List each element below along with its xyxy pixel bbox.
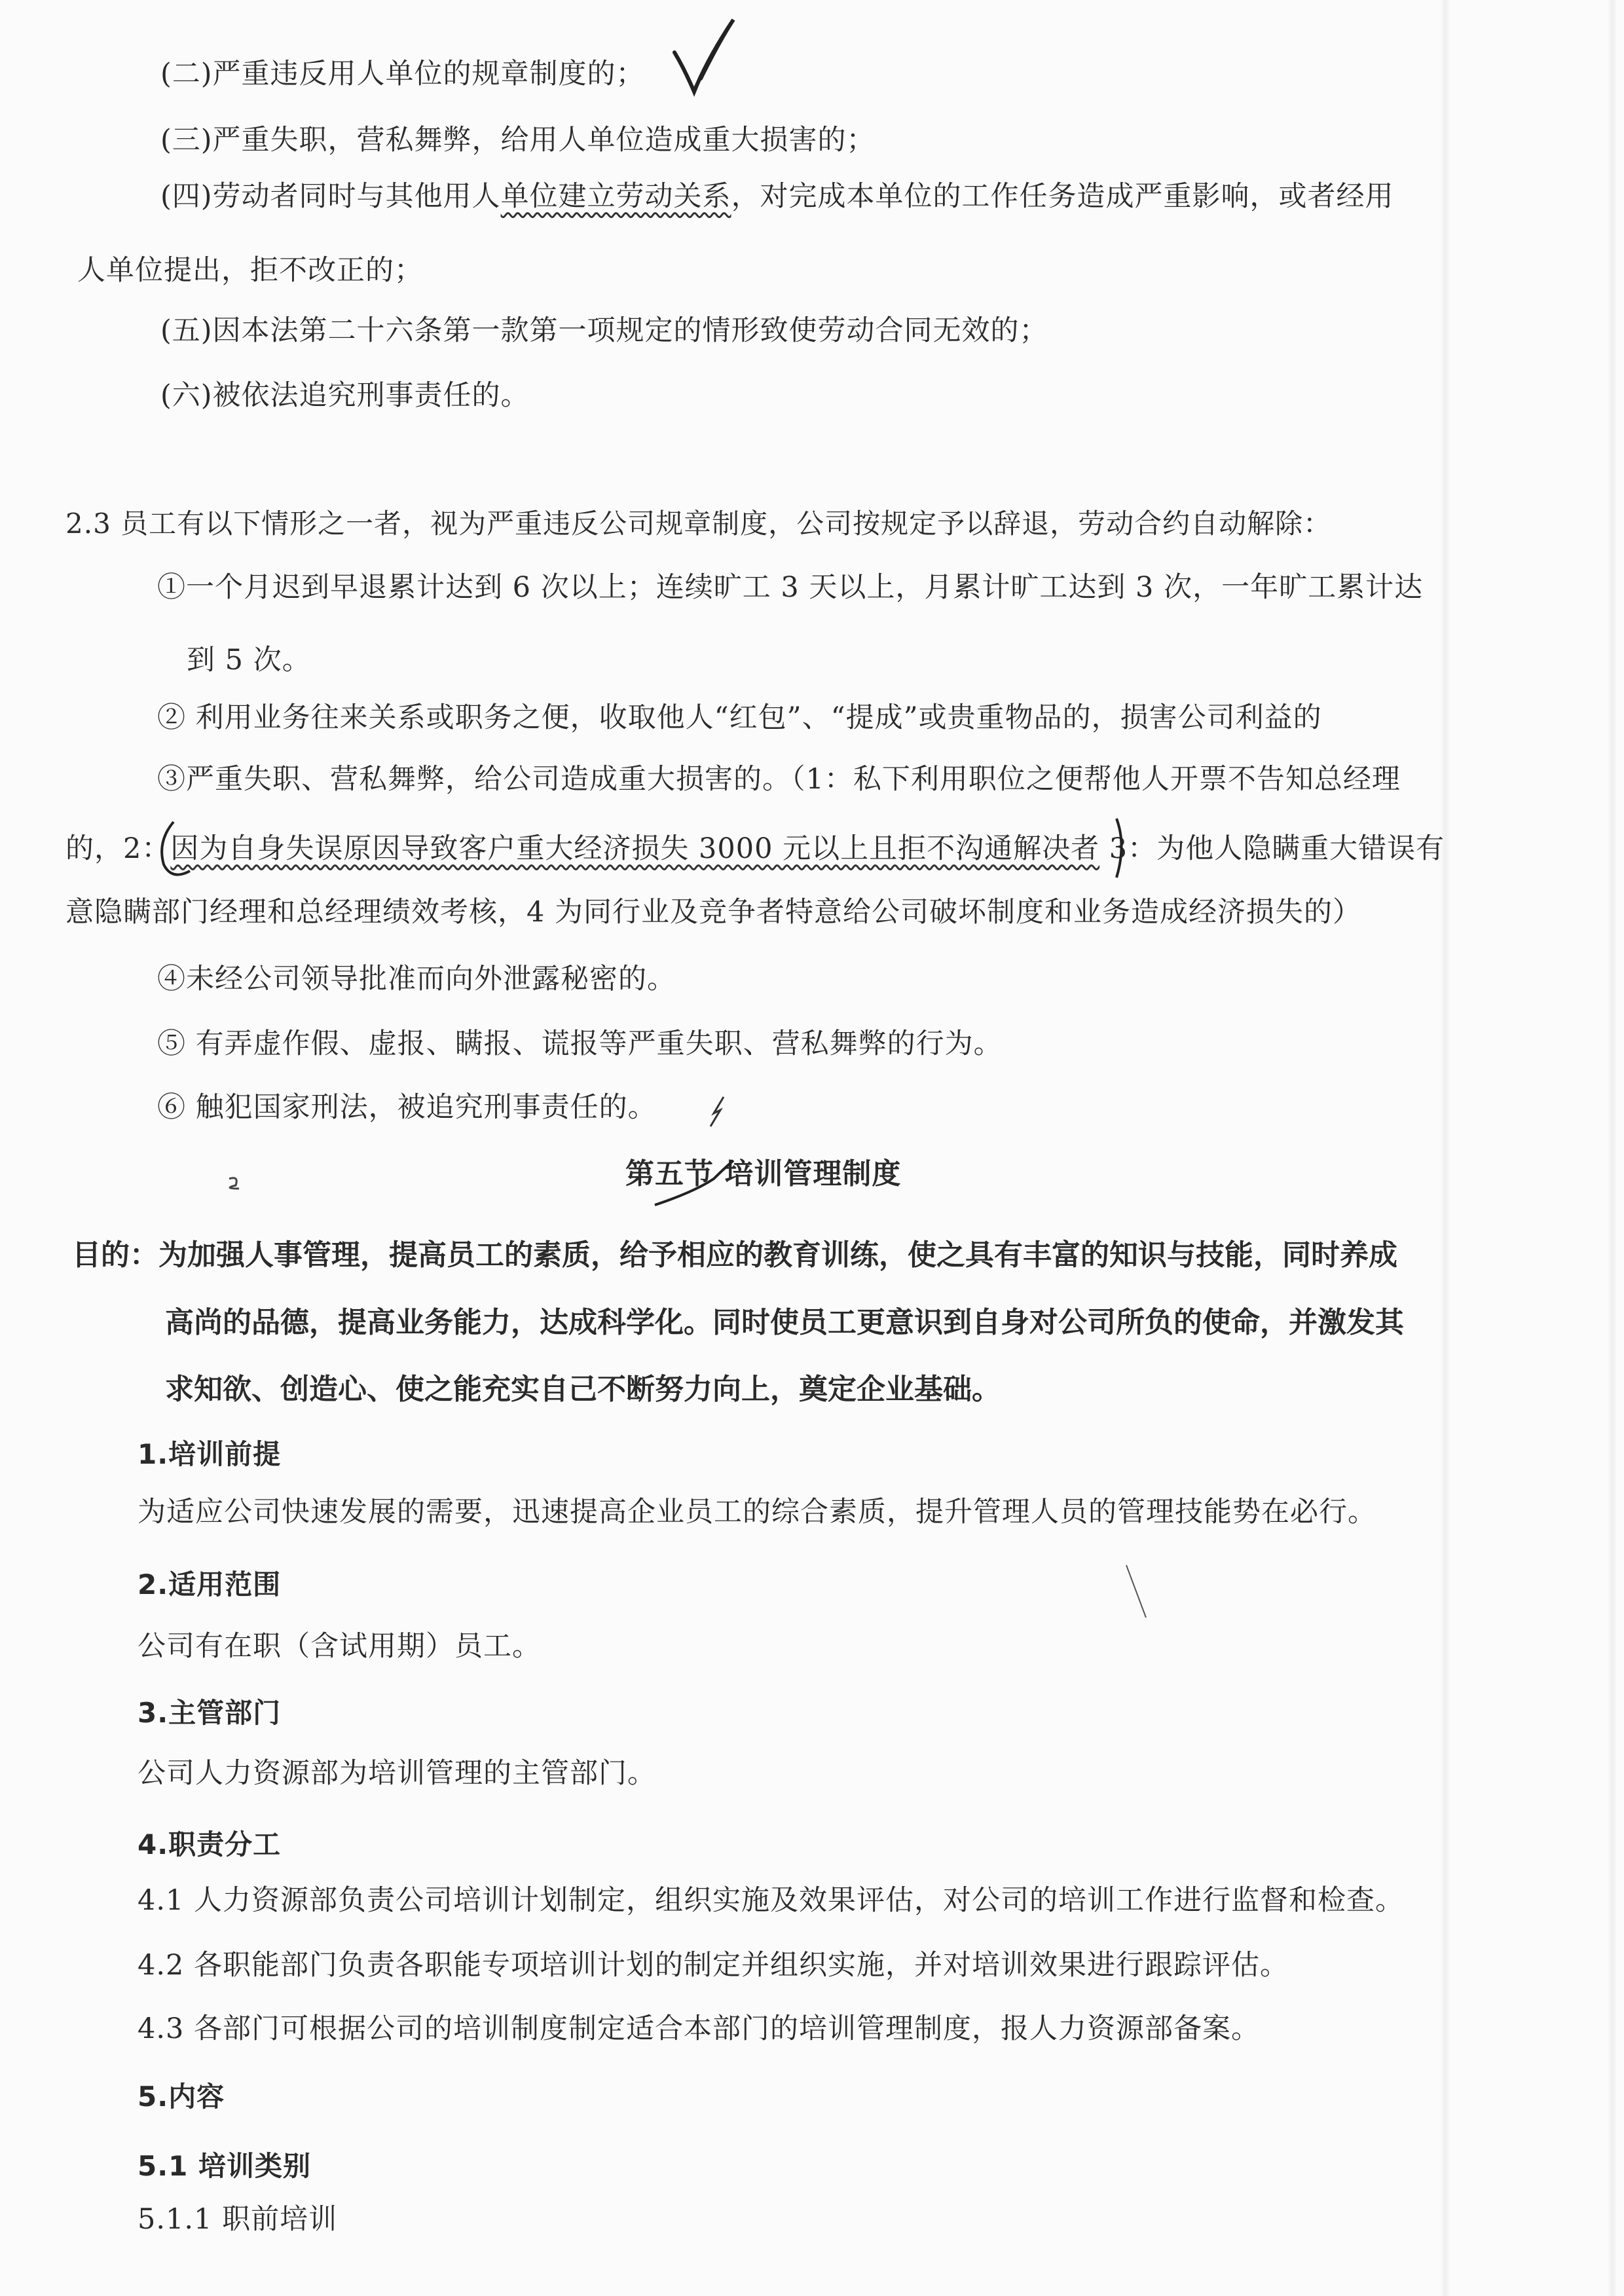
pre-employment-training: 5.1.1 职前培训 — [138, 2201, 337, 2238]
item-4-handwritten-underline: 单位建立劳动关系 — [501, 180, 731, 213]
heading-responsibilities: 4.职责分工 — [138, 1826, 281, 1863]
heading-content: 5.内容 — [138, 2079, 225, 2115]
item-3: (三)严重失职，营私舞弊，给用人单位造成重大损害的； — [160, 122, 876, 158]
clause-4: ④未经公司领导批准而向外泄露秘密的。 — [157, 961, 676, 997]
clause-3-handwritten-underline: 因为自身失误原因导致客户重大经济损失 3000 元以上且拒不沟通解决者 — [170, 832, 1099, 865]
purpose-line-3: 求知欲、创造心、使之能充实自己不断努力向上，奠定企业基础。 — [165, 1371, 1001, 1408]
scope-text: 公司有在职（含试用期）员工。 — [138, 1628, 541, 1665]
heading-training-categories: 5.1 培训类别 — [138, 2148, 311, 2185]
item-6: (六)被依法追究刑事责任的。 — [160, 377, 530, 414]
item-2: (二)严重违反用人单位的规章制度的； — [160, 56, 645, 92]
item-4-post: ，对完成本单位的工作任务造成严重影响，或者经用 — [731, 180, 1394, 213]
responsibility-4-2: 4.2 各职能部门负责各职能专项培训计划的制定并组织实施，并对培训效果进行跟踪评… — [138, 1947, 1289, 1984]
clause-3-line-1: ③严重失职、营私舞弊，给公司造成重大损害的。（1：私下利用职位之便帮他人开票不告… — [157, 761, 1401, 798]
training-premise-text: 为适应公司快速发展的需要，迅速提高企业员工的综合素质，提升管理人员的管理技能势在… — [138, 1494, 1376, 1530]
purpose-line-1: 目的：为加强人事管理，提高员工的素质，给予相应的教育训练，使之具有丰富的知识与技… — [72, 1237, 1397, 1274]
item-4-line-1: (四)劳动者同时与其他用人单位建立劳动关系，对完成本单位的工作任务造成严重影响，… — [160, 178, 1394, 215]
section-title: 第五节 培训管理制度 — [625, 1156, 901, 1193]
clause-6: ⑥ 触犯国家刑法，被追究刑事责任的。 — [157, 1089, 657, 1126]
scan-fold-shadow — [1441, 0, 1450, 2296]
clause-1-line-2: 到 5 次。 — [187, 642, 311, 678]
item-5: (五)因本法第二十六条第一款第一项规定的情形致使劳动合同无效的； — [160, 312, 1048, 349]
clause-1-line-1: ①一个月迟到早退累计达到 6 次以上；连续旷工 3 天以上，月累计旷工达到 3 … — [157, 569, 1423, 606]
heading-scope: 2.适用范围 — [138, 1566, 281, 1603]
clause-3-line-2: 的，2：因为自身失误原因导致客户重大经济损失 3000 元以上且拒不沟通解决者 … — [65, 830, 1445, 867]
clause-3-pre: 的，2： — [65, 832, 170, 865]
clause-3-line-3: 意隐瞒部门经理和总经理绩效考核，4 为同行业及竞争者特意给公司破坏制度和业务造成… — [65, 894, 1361, 931]
heading-training-premise: 1.培训前提 — [138, 1436, 281, 1473]
scan-edge-shadow — [1608, 0, 1617, 2296]
heading-department: 3.主管部门 — [138, 1695, 281, 1731]
purpose-line-2: 高尚的品德，提高业务能力，达成科学化。同时使员工更意识到自身对公司所负的使命，并… — [165, 1305, 1404, 1341]
item-4-line-2: 人单位提出，拒不改正的； — [77, 252, 423, 289]
department-text: 公司人力资源部为培训管理的主管部门。 — [138, 1755, 656, 1792]
clause-2-3-intro: 2.3 员工有以下情形之一者，视为严重违反公司规章制度，公司按规定予以辞退，劳动… — [65, 506, 1331, 542]
clause-5: ⑤ 有弄虚作假、虚报、瞒报、谎报等严重失职、营私舞弊的行为。 — [157, 1026, 1003, 1062]
clause-3-post: 3：为他人隐瞒重大错误有 — [1099, 832, 1445, 865]
clause-2: ② 利用业务往来关系或职务之便，收取他人“红包”、“提成”或贵重物品的，损害公司… — [157, 699, 1322, 736]
responsibility-4-1: 4.1 人力资源部负责公司培训计划制定，组织实施及效果评估，对公司的培训工作进行… — [138, 1882, 1404, 1919]
responsibility-4-3: 4.3 各部门可根据公司的培训制度制定适合本部门的培训管理制度，报人力资源部备案… — [138, 2010, 1260, 2047]
item-4-pre: (四)劳动者同时与其他用人 — [160, 180, 501, 213]
